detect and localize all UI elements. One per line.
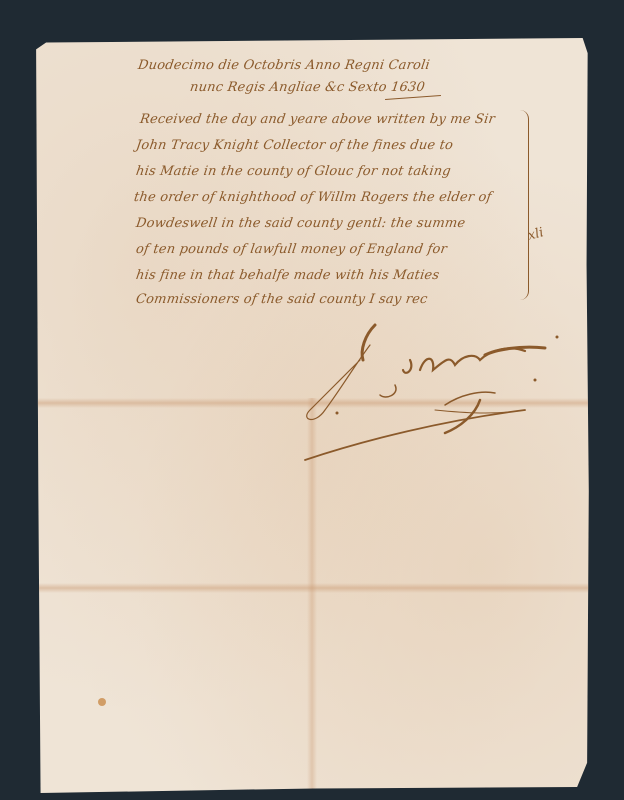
heading-line-2: nunc Regis Angliae &c Sexto 1630 — [189, 80, 426, 95]
body-line-2: John Tracy Knight Collector of the fines… — [135, 138, 454, 153]
body-line-7: his fine in that behalfe made with his M… — [135, 268, 440, 283]
body-line-5: Dowdeswell in the said county gentl: the… — [135, 216, 466, 231]
body-line-6: of ten pounds of lawfull money of Englan… — [135, 242, 448, 257]
body-line-3: his Matie in the county of Glouc for not… — [135, 164, 452, 179]
body-line-4: the order of knighthood of Willm Rogers … — [133, 190, 493, 205]
right-bracket — [520, 110, 529, 300]
heading-line-1: Duodecimo die Octobris Anno Regni Caroli — [137, 58, 431, 73]
body-line-8: Commissioners of the said county I say r… — [135, 292, 429, 307]
signature — [285, 315, 585, 465]
body-line-1: Received the day and yeare above written… — [139, 112, 496, 127]
ink-stain — [98, 698, 106, 706]
